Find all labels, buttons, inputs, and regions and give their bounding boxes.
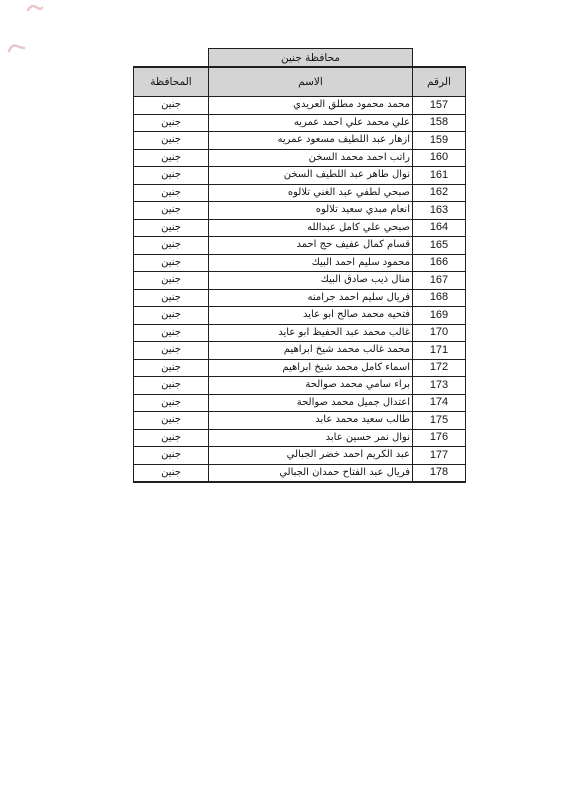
cell-governorate: جنين (134, 429, 209, 447)
red-pen-mark-icon (28, 6, 42, 10)
cell-name: غالب محمد عبد الحفيظ ابو عايد (209, 324, 413, 342)
cell-number: 162 (413, 184, 466, 202)
cell-governorate: جنين (134, 324, 209, 342)
cell-governorate: جنين (134, 359, 209, 377)
cell-name: فريال سليم احمد جرامنه (209, 289, 413, 307)
table-row: 160راتب احمد محمد السخنجنين (134, 149, 466, 167)
column-header-governorate: المحافظة (134, 67, 209, 97)
table-row: 159ازهار عبد اللطيف مسعود عمريهجنين (134, 132, 466, 150)
cell-name: طالب سعيد محمد عابد (209, 412, 413, 430)
ghost-cell (134, 49, 209, 68)
cell-number: 178 (413, 464, 466, 482)
jenin-governorate-table: محافظة جنين الرقم الاسم المحافظة 157محمد… (133, 48, 466, 483)
cell-number: 163 (413, 202, 466, 220)
cell-name: صبحي لطفي عبد الغني تلالوه (209, 184, 413, 202)
cell-number: 167 (413, 272, 466, 290)
table-row: 175طالب سعيد محمد عابدجنين (134, 412, 466, 430)
cell-number: 160 (413, 149, 466, 167)
table-row: 162صبحي لطفي عبد الغني تلالوهجنين (134, 184, 466, 202)
cell-governorate: جنين (134, 184, 209, 202)
cell-number: 174 (413, 394, 466, 412)
cell-name: نوال طاهر عبد اللطيف السخن (209, 167, 413, 185)
cell-number: 172 (413, 359, 466, 377)
cell-name: محمود سليم احمد البيك (209, 254, 413, 272)
cell-number: 173 (413, 377, 466, 395)
table-row: 177عبد الكريم احمد خضر الجباليجنين (134, 447, 466, 465)
table-row: 161نوال طاهر عبد اللطيف السخنجنين (134, 167, 466, 185)
table-row: 163انعام مبدي سعيد تلالوهجنين (134, 202, 466, 220)
table-row: 178فريال عبد الفتاح حمدان الجباليجنين (134, 464, 466, 482)
table-row: 166محمود سليم احمد البيكجنين (134, 254, 466, 272)
cell-governorate: جنين (134, 219, 209, 237)
cell-number: 164 (413, 219, 466, 237)
cell-number: 177 (413, 447, 466, 465)
table-row: 164صبحي علي كامل عبداللهجنين (134, 219, 466, 237)
cell-number: 171 (413, 342, 466, 360)
table-row: 157محمد محمود مطلق العريديجنين (134, 97, 466, 115)
cell-name: اسماء كامل محمد شيخ ابراهيم (209, 359, 413, 377)
table-row: 173براء سامي محمد صوالحةجنين (134, 377, 466, 395)
table-body: 157محمد محمود مطلق العريديجنين158علي محم… (134, 97, 466, 483)
cell-number: 168 (413, 289, 466, 307)
table-row: 172اسماء كامل محمد شيخ ابراهيمجنين (134, 359, 466, 377)
cell-number: 176 (413, 429, 466, 447)
column-header-row: الرقم الاسم المحافظة (134, 67, 466, 97)
table-row: 167منال ذيب صادق البيكجنين (134, 272, 466, 290)
cell-name: انعام مبدي سعيد تلالوه (209, 202, 413, 220)
cell-name: فتحيه محمد صالح ابو عايد (209, 307, 413, 325)
cell-number: 159 (413, 132, 466, 150)
group-header-row: محافظة جنين (134, 49, 466, 68)
cell-name: نوال نمر حسين عابد (209, 429, 413, 447)
cell-name: اعتدال جميل محمد صوالحة (209, 394, 413, 412)
cell-governorate: جنين (134, 377, 209, 395)
table-row: 169فتحيه محمد صالح ابو عايدجنين (134, 307, 466, 325)
cell-number: 161 (413, 167, 466, 185)
cell-number: 169 (413, 307, 466, 325)
cell-governorate: جنين (134, 237, 209, 255)
cell-governorate: جنين (134, 149, 209, 167)
cell-name: قسام كمال عفيف حج احمد (209, 237, 413, 255)
table-row: 168فريال سليم احمد جرامنهجنين (134, 289, 466, 307)
cell-governorate: جنين (134, 464, 209, 482)
cell-governorate: جنين (134, 114, 209, 132)
document-page: محافظة جنين الرقم الاسم المحافظة 157محمد… (0, 0, 565, 800)
cell-number: 157 (413, 97, 466, 115)
cell-number: 175 (413, 412, 466, 430)
cell-governorate: جنين (134, 97, 209, 115)
cell-governorate: جنين (134, 289, 209, 307)
cell-name: منال ذيب صادق البيك (209, 272, 413, 290)
cell-number: 165 (413, 237, 466, 255)
cell-name: عبد الكريم احمد خضر الجبالي (209, 447, 413, 465)
table-row: 174اعتدال جميل محمد صوالحةجنين (134, 394, 466, 412)
cell-number: 170 (413, 324, 466, 342)
cell-name: علي محمد علي احمد عمريه (209, 114, 413, 132)
table-row: 165قسام كمال عفيف حج احمدجنين (134, 237, 466, 255)
cell-governorate: جنين (134, 342, 209, 360)
column-header-name: الاسم (209, 67, 413, 97)
cell-governorate: جنين (134, 132, 209, 150)
column-header-number: الرقم (413, 67, 466, 97)
red-pen-mark-icon (9, 46, 24, 51)
cell-name: صبحي علي كامل عبدالله (209, 219, 413, 237)
cell-governorate: جنين (134, 272, 209, 290)
cell-governorate: جنين (134, 254, 209, 272)
cell-governorate: جنين (134, 167, 209, 185)
cell-name: محمد غالب محمد شيخ ابراهيم (209, 342, 413, 360)
table-row: 170غالب محمد عبد الحفيظ ابو عايدجنين (134, 324, 466, 342)
ghost-cell (413, 49, 466, 68)
cell-governorate: جنين (134, 412, 209, 430)
cell-name: محمد محمود مطلق العريدي (209, 97, 413, 115)
group-header-cell: محافظة جنين (209, 49, 413, 68)
table-row: 171محمد غالب محمد شيخ ابراهيمجنين (134, 342, 466, 360)
table-row: 176نوال نمر حسين عابدجنين (134, 429, 466, 447)
cell-number: 166 (413, 254, 466, 272)
table-row: 158علي محمد علي احمد عمريهجنين (134, 114, 466, 132)
cell-governorate: جنين (134, 447, 209, 465)
cell-name: راتب احمد محمد السخن (209, 149, 413, 167)
cell-name: فريال عبد الفتاح حمدان الجبالي (209, 464, 413, 482)
cell-governorate: جنين (134, 394, 209, 412)
cell-governorate: جنين (134, 202, 209, 220)
cell-name: ازهار عبد اللطيف مسعود عمريه (209, 132, 413, 150)
cell-number: 158 (413, 114, 466, 132)
cell-governorate: جنين (134, 307, 209, 325)
cell-name: براء سامي محمد صوالحة (209, 377, 413, 395)
